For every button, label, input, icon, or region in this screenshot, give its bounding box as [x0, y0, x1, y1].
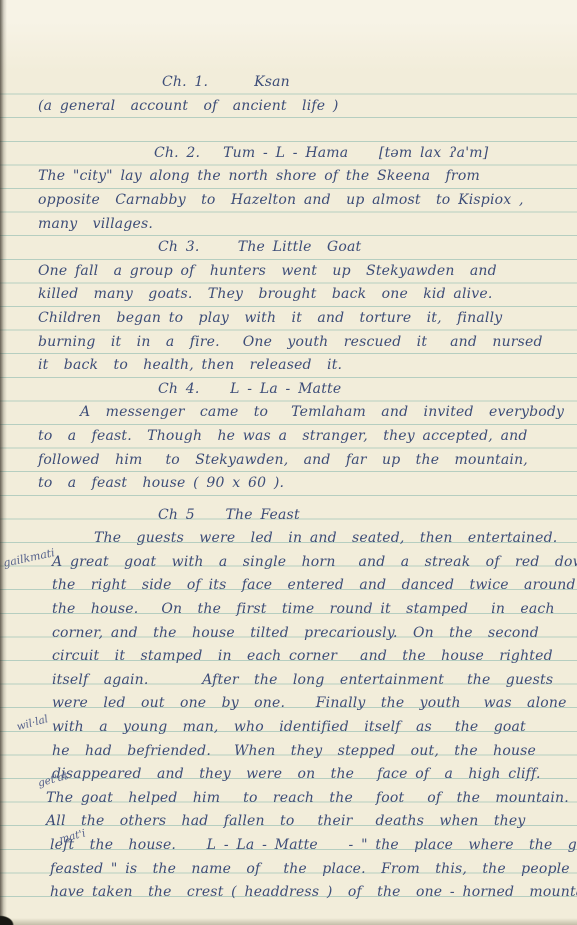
handwriting-line: the right side of its face entered and d…	[36, 574, 572, 598]
handwriting-line: to a feast house ( 90 x 60 ).	[36, 472, 572, 496]
handwriting-line: left the house. L - La - Matte - " the p…	[36, 834, 572, 858]
chapter-heading: Ch 5 The Feast	[36, 504, 572, 528]
handwriting-line: it back to health, then released it.	[36, 354, 572, 378]
handwriting-line: (a general account of ancient life )	[36, 95, 572, 119]
handwriting-line: with a young man, who identified itself …	[36, 716, 572, 740]
handwriting-line: A great goat with a single horn and a st…	[36, 551, 572, 575]
handwriting-line: feasted " is the name of the place. From…	[36, 858, 572, 882]
margin-note-line: mat'i	[57, 824, 88, 850]
chapter-heading: Ch 3. The Little Goat	[36, 236, 572, 260]
handwriting-line: killed many goats. They brought back one…	[36, 283, 572, 307]
chapter-heading: Ch 4. L - La - Matte	[36, 378, 572, 402]
handwriting-line: opposite Carnabby to Hazelton and up alm…	[36, 189, 572, 213]
handwriting-line: burning it in a fire. One youth rescued …	[36, 331, 572, 355]
handwriting-line: disappeared and they were on the face of…	[36, 763, 572, 787]
handwriting-line: itself again. After the long entertainme…	[36, 669, 572, 693]
handwriting-line: the house. On the first time round it st…	[36, 598, 572, 622]
handwriting-line: One fall a group of hunters went up Stek…	[36, 260, 572, 284]
page-left-edge-shadow	[0, 0, 7, 925]
notebook-page: Ch. 1. Ksan(a general account of ancient…	[0, 0, 577, 925]
page-top-margin	[0, 0, 577, 71]
handwriting-line: A messenger came to Temlaham and invited…	[36, 401, 572, 425]
handwriting-line: The goat helped him to reach the foot of…	[36, 787, 572, 811]
handwriting-line: The guests were led in and seated, then …	[36, 527, 572, 551]
handwriting-line: The "city" lay along the north shore of …	[36, 165, 572, 189]
chapter-heading: Ch. 2. Tum - L - Hama [təm lax ʔa'm]	[36, 142, 572, 166]
handwriting-line: Children began to play with it and tortu…	[36, 307, 572, 331]
handwriting-line: All the others had fallen to their death…	[36, 810, 572, 834]
handwriting-line: circuit it stamped in each corner and th…	[36, 645, 572, 669]
handwriting-line: corner, and the house tilted precariousl…	[36, 622, 572, 646]
margin-note-line: wil·lal	[14, 708, 57, 737]
handwritten-text: Ch. 1. Ksan(a general account of ancient…	[36, 71, 572, 905]
handwriting-line: to a feast. Though he was a stranger, th…	[36, 425, 572, 449]
margin-note-line: get'at	[36, 766, 73, 794]
handwriting-line: followed him to Stekyawden, and far up t…	[36, 449, 572, 473]
page-bottom-edge-shadow	[0, 918, 577, 925]
handwriting-line: he had befriended. When they stepped out…	[36, 740, 572, 764]
handwriting-line: were led out one by one. Finally the you…	[36, 692, 572, 716]
handwriting-line: have taken the crest ( headdress ) of th…	[36, 881, 572, 905]
chapter-heading: Ch. 1. Ksan	[36, 71, 572, 95]
handwriting-line	[36, 118, 572, 142]
scan-corner-mark	[0, 914, 16, 925]
handwriting-line: many villages.	[36, 213, 572, 237]
